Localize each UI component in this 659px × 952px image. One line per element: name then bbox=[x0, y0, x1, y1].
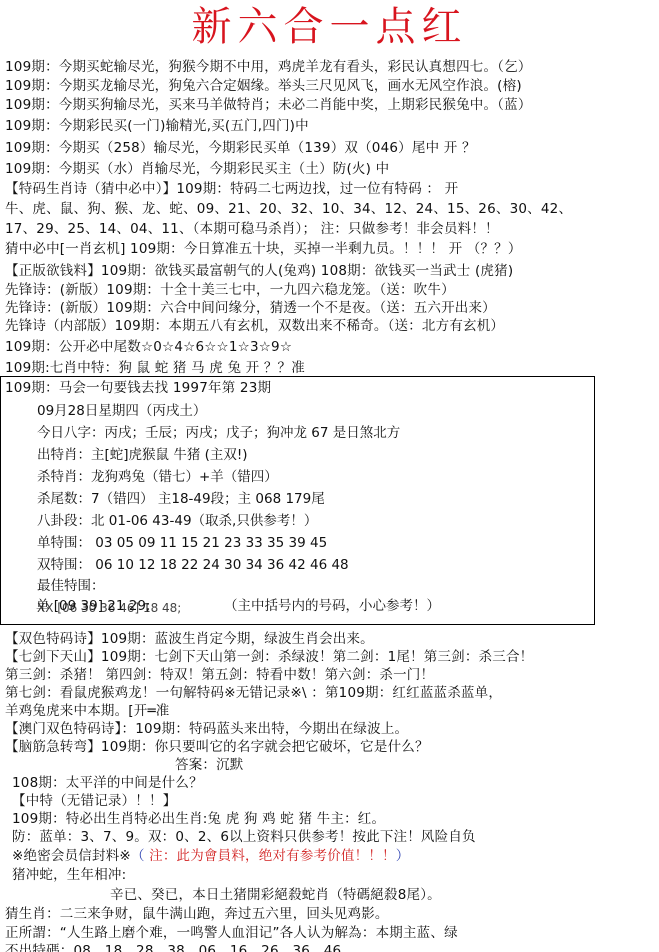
line-macau-poem: 【澳门双色特码诗】：109期：特码蓝头来出特，今期出在绿波上。 bbox=[5, 720, 408, 738]
box-sha-wei-shu: 杀尾数：7（错四） 主18-49段；主 068 179尾 bbox=[37, 490, 325, 508]
line-109-dragon: 109期：今期买龙输尽光，狗兔六合定姻缘。举头三尺见风飞，画水无风空作浪。(榕) bbox=[5, 77, 522, 95]
box-bazi: 今日八字：丙戌；壬辰；丙戌；戊子；狗冲龙 67 是日煞北方 bbox=[37, 424, 400, 442]
line-guard-numbers: 防：蓝单：3、7、9。双：0、2、6以上资料只供参考！按此下注！风险自负 bbox=[12, 828, 476, 846]
line-pioneer-poem-internal: 先锋诗（内部版）109期：本期五八有玄机，双数出来不稀奇。（送：北方有玄机） bbox=[5, 317, 504, 335]
line-zodiac-poem: 【特码生肖诗（猜中必中）】109期：特码二七两边找，过一位有特码 ： 开 bbox=[5, 180, 458, 198]
line-seven-swords-3: 第七剑：看鼠虎猴鸡龙！一句解特码※无错记录※\ ：第109期：红红蓝蓝杀蓝单， bbox=[5, 684, 502, 702]
box-dan-te-wei: 单特围： 03 05 09 11 15 21 23 33 35 39 45 bbox=[37, 534, 327, 552]
line-zodiac-numbers-1: 牛、虎、鼠、狗、猴、龙、蛇、09、21、20、32、10、34、12、24、15… bbox=[5, 200, 572, 218]
box-ba-gua-duan: 八卦段：北 01-06 43-49（取杀,只供参考！） bbox=[37, 512, 317, 530]
box-date: 09月28日星期四（丙戌土） bbox=[37, 402, 206, 420]
paren-close: ） bbox=[396, 848, 410, 864]
line-seven-zodiac: 109期:七肖中特：狗 鼠 蛇 猪 马 虎 兔 开 ？？准 bbox=[5, 359, 305, 377]
box-shuang-te-wei: 双特围： 06 10 12 18 22 24 30 34 36 42 46 48 bbox=[37, 556, 349, 574]
line-genuine-money: 【正版欲钱料】109期：欲钱买最富朝气的人(兔鸡) 108期：欲钱买一当武士 (… bbox=[5, 262, 513, 280]
line-pioneer-poem-2: 先锋诗：(新版）109期：六合中间问缘分，猜透一个不是夜。（送：五六开出来） bbox=[5, 299, 496, 317]
line-seven-swords-2: 第三剑：杀猪！ 第四剑：特双！第五剑：特看中数！第六剑：杀一门！ bbox=[5, 666, 434, 684]
line-pig-snake: 猪冲蛇，生年相冲: bbox=[12, 866, 126, 884]
line-guess-zodiac: 猜生肖：二三来争财，鼠牛满山跑，奔过五六里，回头见鸡影。 bbox=[5, 905, 389, 923]
bagua-box: 109期:内部八卦生肖号码范围：准 09月28日星期四（丙戌土） 今日八字：丙戌… bbox=[0, 376, 595, 625]
line-108-riddle: 108期：太平洋的中间是什么？ bbox=[12, 774, 203, 792]
line-riddle-answer: 答案：沉默 bbox=[175, 756, 244, 774]
line-pioneer-poem-1: 先锋诗：(新版）109期：十全十美三七中，一九四六稳龙笼。（送：吹牛） bbox=[5, 281, 455, 299]
box-note: （主中括号内的号码，小心参考！） bbox=[224, 597, 440, 615]
paren-open: （ bbox=[131, 848, 145, 864]
line-earth-pig: 辛已、癸已，本日土猪開彩絕殺蛇肖（特碼絕殺8尾）。 bbox=[110, 886, 441, 904]
line-109-element: 109期：今期买（水）肖输尽光，今期彩民买主（土）防(火) 中 bbox=[5, 160, 389, 178]
line-tail-numbers: 109期：公开必中尾数☆0☆4☆6☆☆1☆3☆9☆ bbox=[5, 338, 292, 356]
member-note: 注：此为會員料，绝对有参考价值！！！ bbox=[145, 848, 396, 864]
page-title: 新六合一点红 bbox=[0, 2, 659, 52]
line-saying: 正所謂：“人生路上磨个难，一鸣警人血泪记”各人认为解為：本期主蓝、绿 bbox=[5, 924, 458, 942]
line-zodiac-numbers-2: 17、29、25、14、04、11、（本期可稳马杀肖）； 注：只做参考！非会员料… bbox=[5, 220, 499, 238]
line-109-door: 109期：今期彩民买(一门)输精光,买(五门,四门)中 bbox=[5, 117, 309, 135]
line-two-color-poem: 【双色特码诗】109期：蓝波生肖定今期，绿波生肖会出来。 bbox=[5, 630, 374, 648]
line-member-letter: ※绝密会员信封料※（ 注：此为會員料，绝对有参考价值！！！） bbox=[12, 847, 409, 865]
line-zhong-te-zodiac: 109期：特必出生肖特必出生肖:兔 虎 狗 鸡 蛇 猪 牛主：红。 bbox=[12, 810, 385, 828]
line-excluded-numbers: 不出特碼：08、18、28、38、06、16、26、36、46。 bbox=[5, 942, 355, 952]
line-109-snake: 109期：今期买蛇输尽光，狗猴今期不中用，鸡虎羊龙有看头，彩民认真想四七。（乞） bbox=[5, 58, 532, 76]
member-label: ※绝密会员信封料※ bbox=[12, 848, 131, 864]
line-riddle: 【脑筋急转弯】109期：你只要叫它的名字就会把它破坏，它是什么？ bbox=[5, 738, 429, 756]
box-sha-te-xiao: 杀特肖：龙狗鸡兔（错七）+羊（错四） bbox=[37, 468, 278, 486]
box-chu-te-xiao: 出特肖：主[蛇]虎猴鼠 牛猪 (主双!) bbox=[37, 446, 248, 464]
line-horse-club: 109期：马会一句要钱去找 1997年第 23期 bbox=[5, 379, 271, 397]
line-seven-swords-1: 【七剑下天山】109期：七剑下天山第一剑：杀绿波！第二剑：1尾！第三剑：杀三合！ bbox=[5, 648, 533, 666]
box-best-range: 最佳特围： bbox=[37, 577, 105, 595]
line-zhong-te-heading: 【中特（无错记录）！！】 bbox=[12, 792, 176, 810]
line-109-dog: 109期：今期买狗输尽光，买来马羊做特肖；未必二肖能中奖，上期彩民猴兔中。（蓝） bbox=[5, 96, 532, 114]
line-109-tail: 109期：今期买（258）输尽光，今期彩民买单（139）双（046）尾中 开 ？ bbox=[5, 139, 476, 157]
box-single-line: 单 [09 39] 21 29; bbox=[36, 597, 150, 615]
line-seven-swords-4: 羊鸡兔虎来中本期。[开═准 bbox=[5, 702, 170, 720]
line-one-zodiac-mystery: 猜中必中[一肖玄机] 109期：今日算准五十块，买掉一半剩九员。！！！ 开 （？… bbox=[5, 240, 522, 258]
